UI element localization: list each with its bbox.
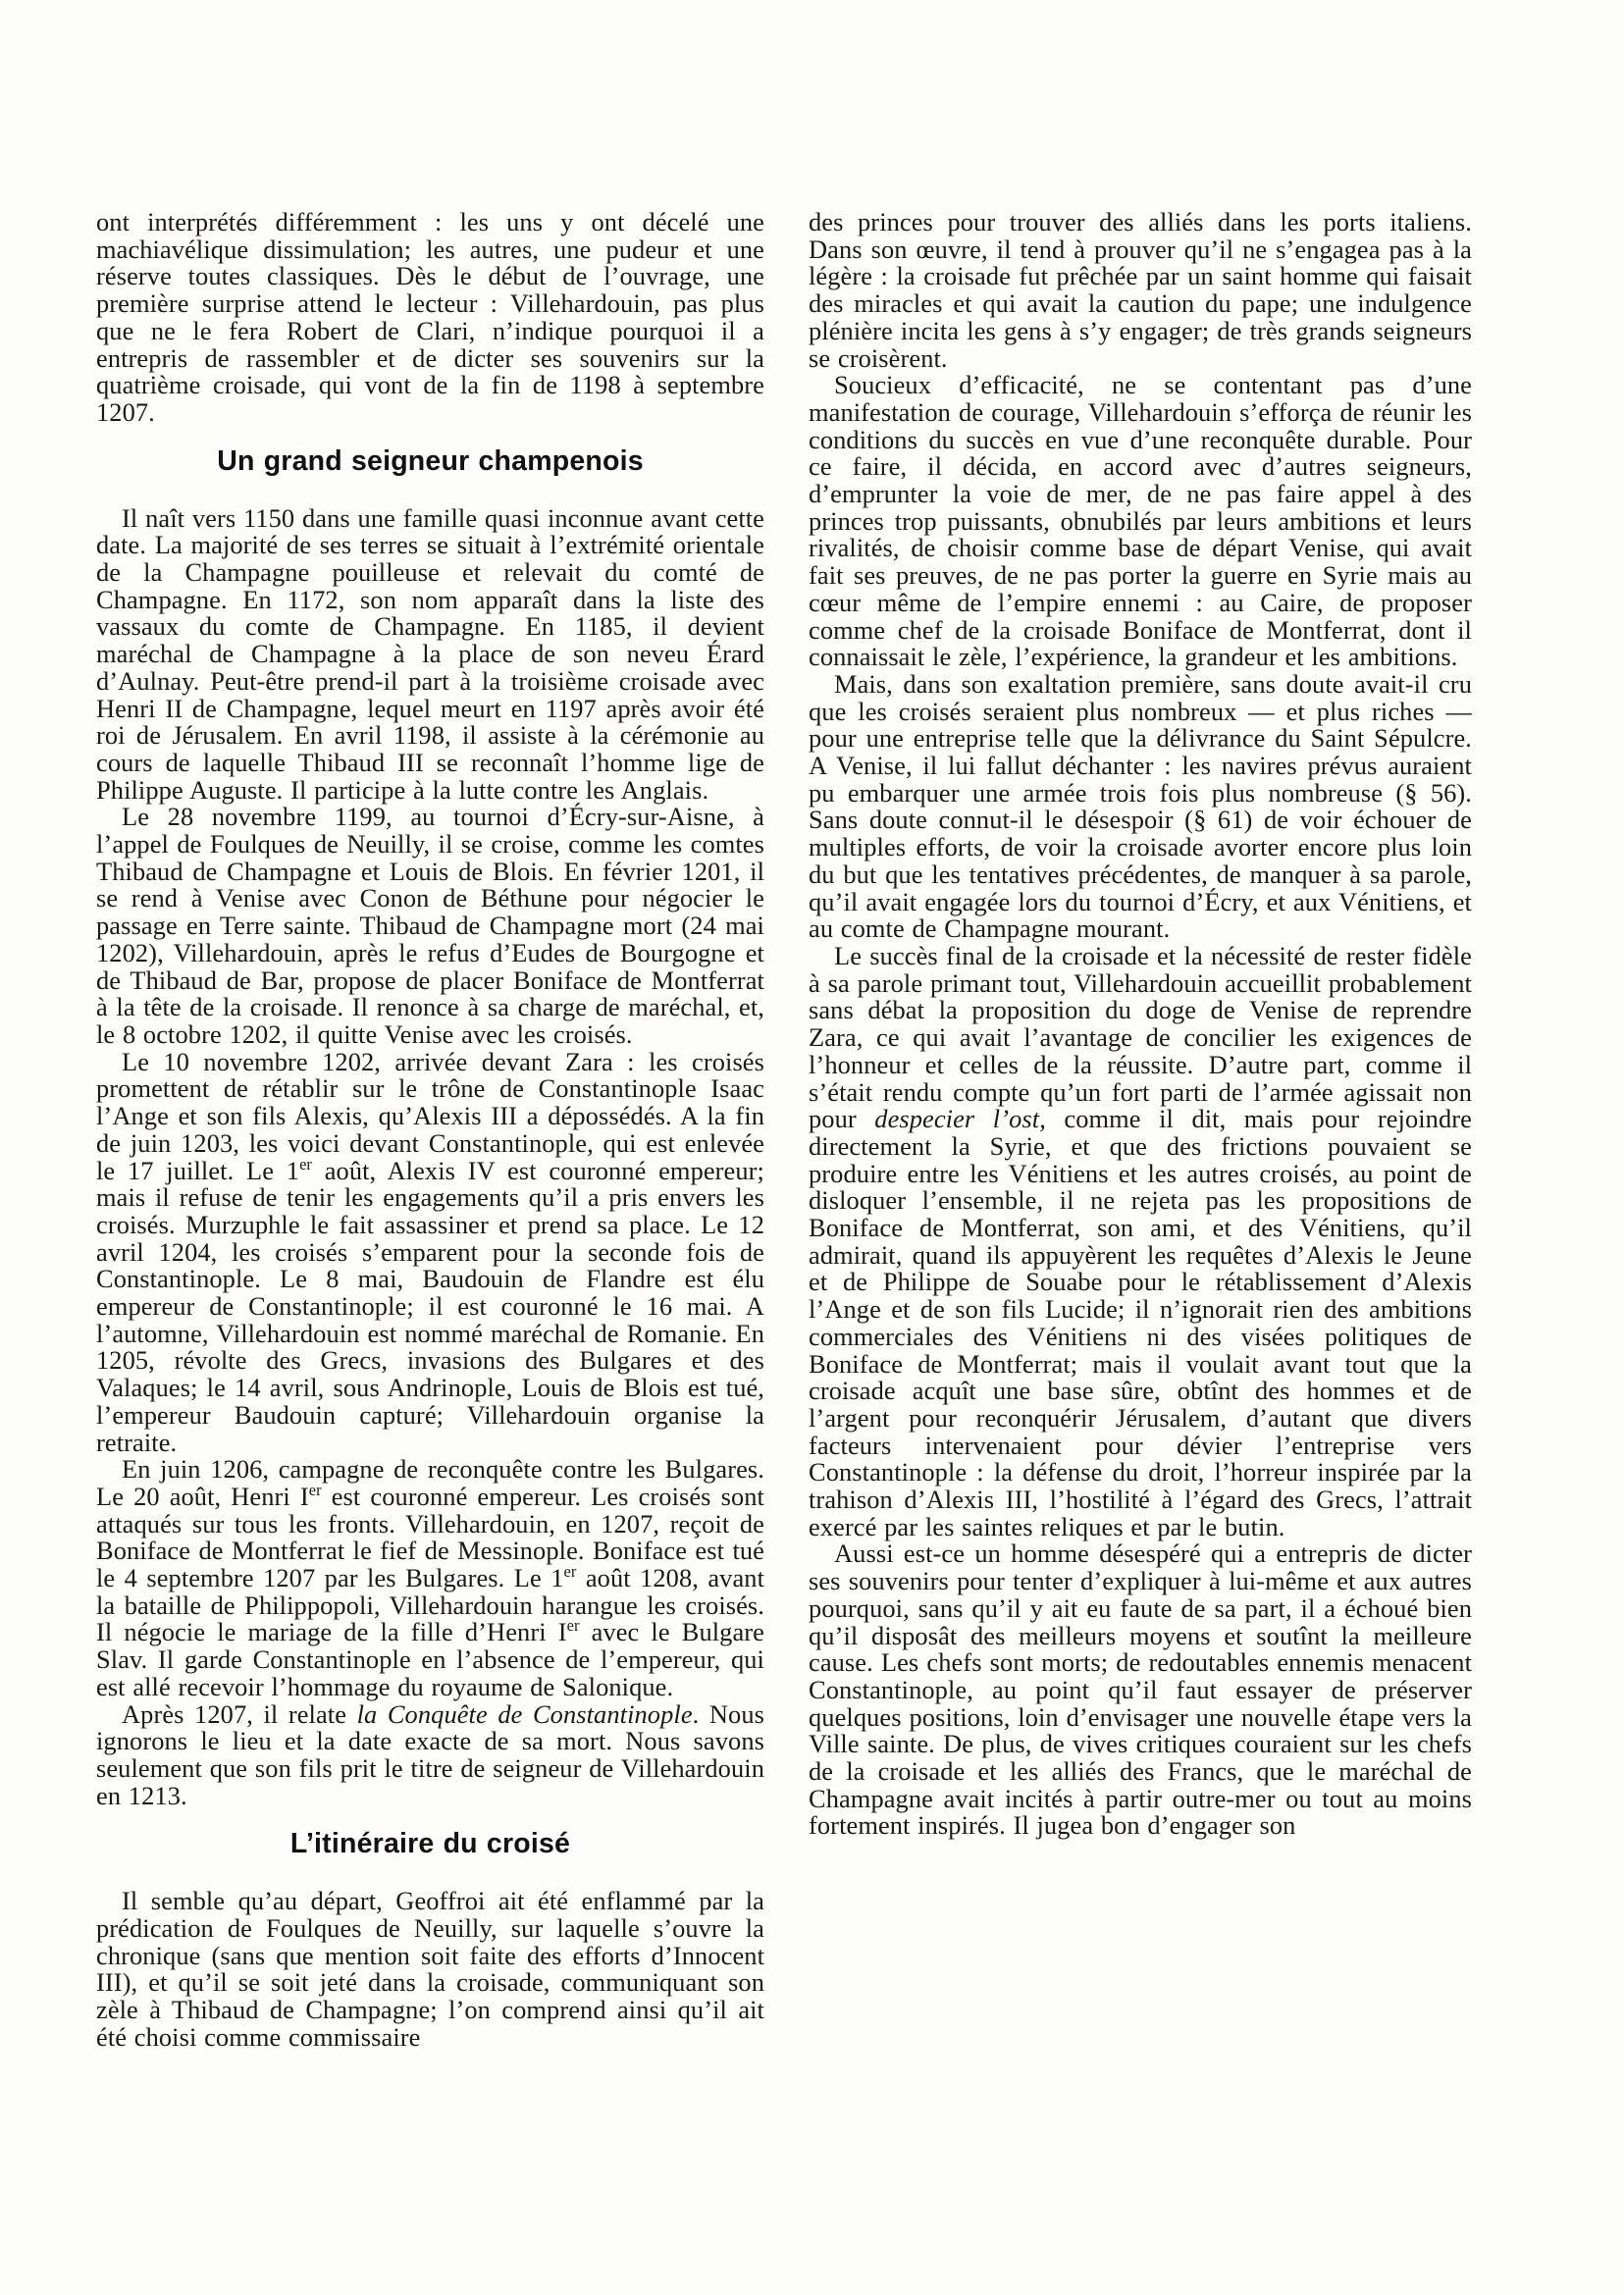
right-paragraph-1: des princes pour trouver des alliés dans… bbox=[809, 209, 1472, 372]
text-run: août, Alexis IV est couronné empereur; m… bbox=[96, 1156, 764, 1457]
right-paragraph-3: Mais, dans son exaltation première, sans… bbox=[809, 671, 1472, 943]
italic-book-title: la Conquête de Constantinople bbox=[357, 1699, 693, 1729]
right-column: des princes pour trouver des alliés dans… bbox=[809, 209, 1472, 1840]
scanned-page: ont interprétés différemment : les uns y… bbox=[0, 0, 1624, 2295]
right-paragraph-6: Aussi est-ce un homme désespéré qui a en… bbox=[809, 1540, 1472, 1840]
left-paragraph-4: Le 10 novembre 1202, arrivée devant Zara… bbox=[96, 1049, 764, 1457]
left-paragraph-3: Le 28 novembre 1199, au tournoi d’Écry-s… bbox=[96, 804, 764, 1048]
ordinal-superscript: er bbox=[564, 1562, 577, 1581]
left-paragraph-6: Après 1207, il relate la Conquête de Con… bbox=[96, 1701, 764, 1810]
text-run: , comme il dit, mais pour rejoindre dire… bbox=[809, 1104, 1472, 1541]
ordinal-superscript: er bbox=[309, 1481, 322, 1499]
right-paragraph-4: Le succès final de la croisade et la néc… bbox=[809, 943, 1472, 1540]
left-paragraph-1: ont interprétés différemment : les uns y… bbox=[96, 209, 764, 427]
section-heading-grand-seigneur: Un grand seigneur champenois bbox=[96, 446, 764, 476]
text-run: Après 1207, il relate bbox=[122, 1699, 357, 1729]
left-column: ont interprétés différemment : les uns y… bbox=[96, 209, 764, 2052]
left-paragraph-5: En juin 1206, campagne de reconquête con… bbox=[96, 1456, 764, 1700]
italic-old-french-phrase: despecier l’ost bbox=[874, 1104, 1039, 1133]
right-paragraph-2: Soucieux d’efficacité, ne se contentant … bbox=[809, 372, 1472, 671]
section-heading-itineraire: L’itinéraire du croisé bbox=[96, 1829, 764, 1858]
left-paragraph-7: Il semble qu’au départ, Geoffroi ait été… bbox=[96, 1888, 764, 2051]
ordinal-superscript: er bbox=[299, 1155, 312, 1174]
left-paragraph-2: Il naît vers 1150 dans une famille quasi… bbox=[96, 505, 764, 805]
ordinal-superscript: er bbox=[567, 1617, 580, 1636]
